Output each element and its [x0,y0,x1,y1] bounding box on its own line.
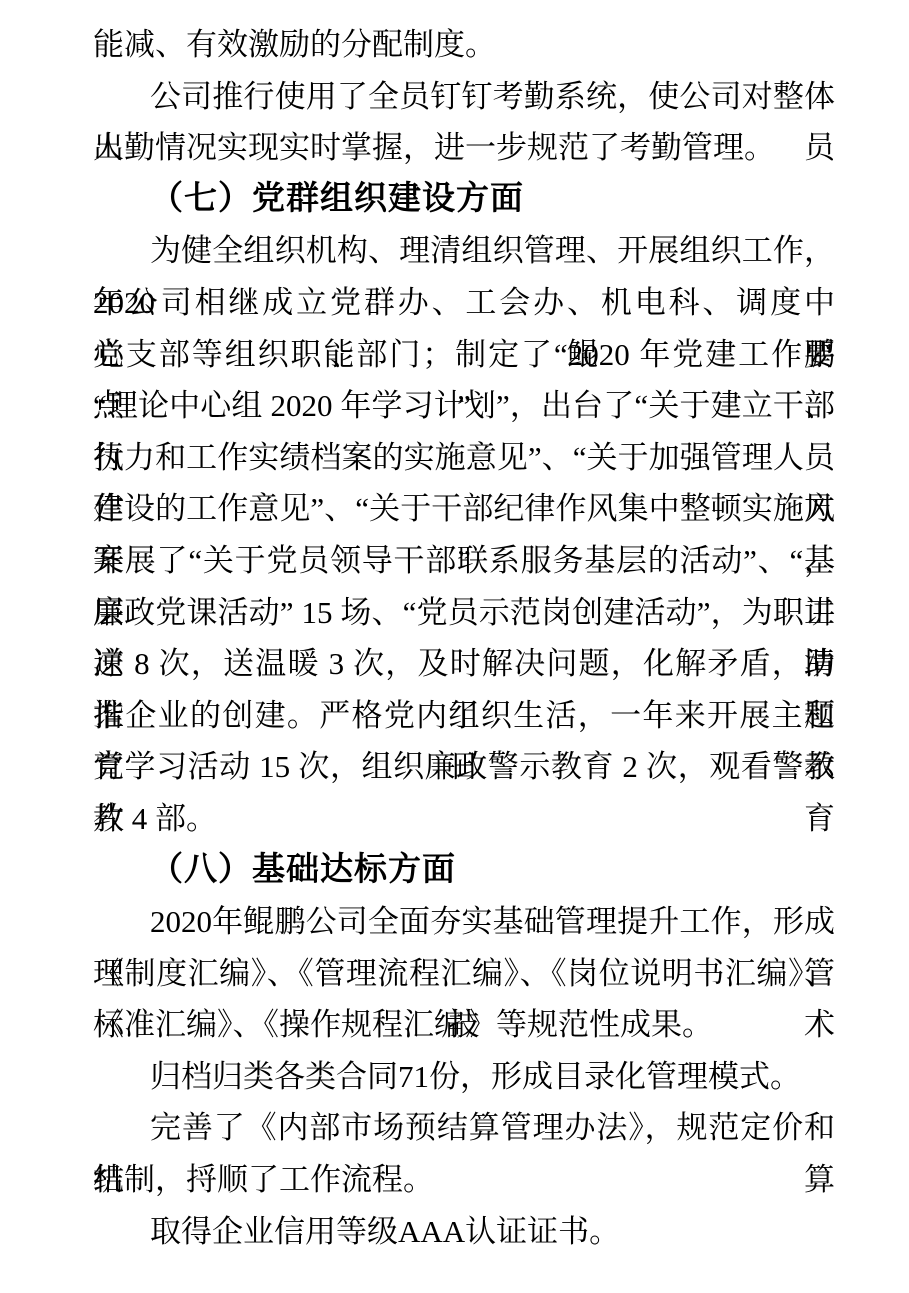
document-line: 廉政党课活动” 15 场、“党员示范岗创建活动”，为职工送清 [93,587,835,639]
document-line: 归档归类各类合同71份，形成目录化管理模式。 [93,1051,835,1103]
document-line: 谐企业的创建。严格党内组织生活，一年来开展主题党日教 [93,690,835,742]
section-heading: （七）党群组织建设方面 [93,174,835,226]
document-line: 理制度汇编》、《管理流程汇编》、《岗位说明书汇编》、《技术 [93,948,835,1000]
document-page: 能减、有效激励的分配制度。公司推行使用了全员钉钉考勤系统，使公司对整体人员出勤情… [0,0,909,1293]
section-heading: （八）基础达标方面 [93,845,835,897]
document-line: 育学习活动 15 次，组织廉政警示教育 2 次，观看警示教育 [93,741,835,793]
document-line: 建设的工作意见”、“关于干部纪律作风集中整顿实施方案”， [93,483,835,535]
document-line: 开展了“关于党员领导干部联系服务基层的活动”、“基层讲 [93,535,835,587]
document-line: 党支部等组织职能部门；制定了“2020 年党建工作要点”、 [93,329,835,381]
document-line: 行力和工作实绩档案的实施意见”、“关于加强管理人员作风 [93,432,835,484]
document-line: 公司推行使用了全员钉钉考勤系统，使公司对整体人员 [93,71,835,123]
document-line: 凉 8 次，送温暖 3 次，及时解决问题，化解矛盾，助推了和 [93,638,835,690]
document-line: 取得企业信用等级AAA认证证书。 [93,1206,835,1258]
document-line: “理论中心组 2020 年学习计划”，出台了“关于建立干部执 [93,380,835,432]
document-line: 出勤情况实现实时掌握，进一步规范了考勤管理。 [93,122,835,174]
document-line: 能减、有效激励的分配制度。 [93,19,835,71]
document-line: 年公司相继成立党群办、工会办、机电科、调度中心、鲲鹏 [93,277,835,329]
document-line: 完善了《内部市场预结算管理办法》，规范定价和结算 [93,1102,835,1154]
document-line: 为健全组织机构、理清组织管理、开展组织工作，2020 [93,225,835,277]
document-line: 2020年鲲鹏公司全面夯实基础管理提升工作，形成《管 [93,896,835,948]
document-content: 能减、有效激励的分配制度。公司推行使用了全员钉钉考勤系统，使公司对整体人员出勤情… [93,19,835,1257]
